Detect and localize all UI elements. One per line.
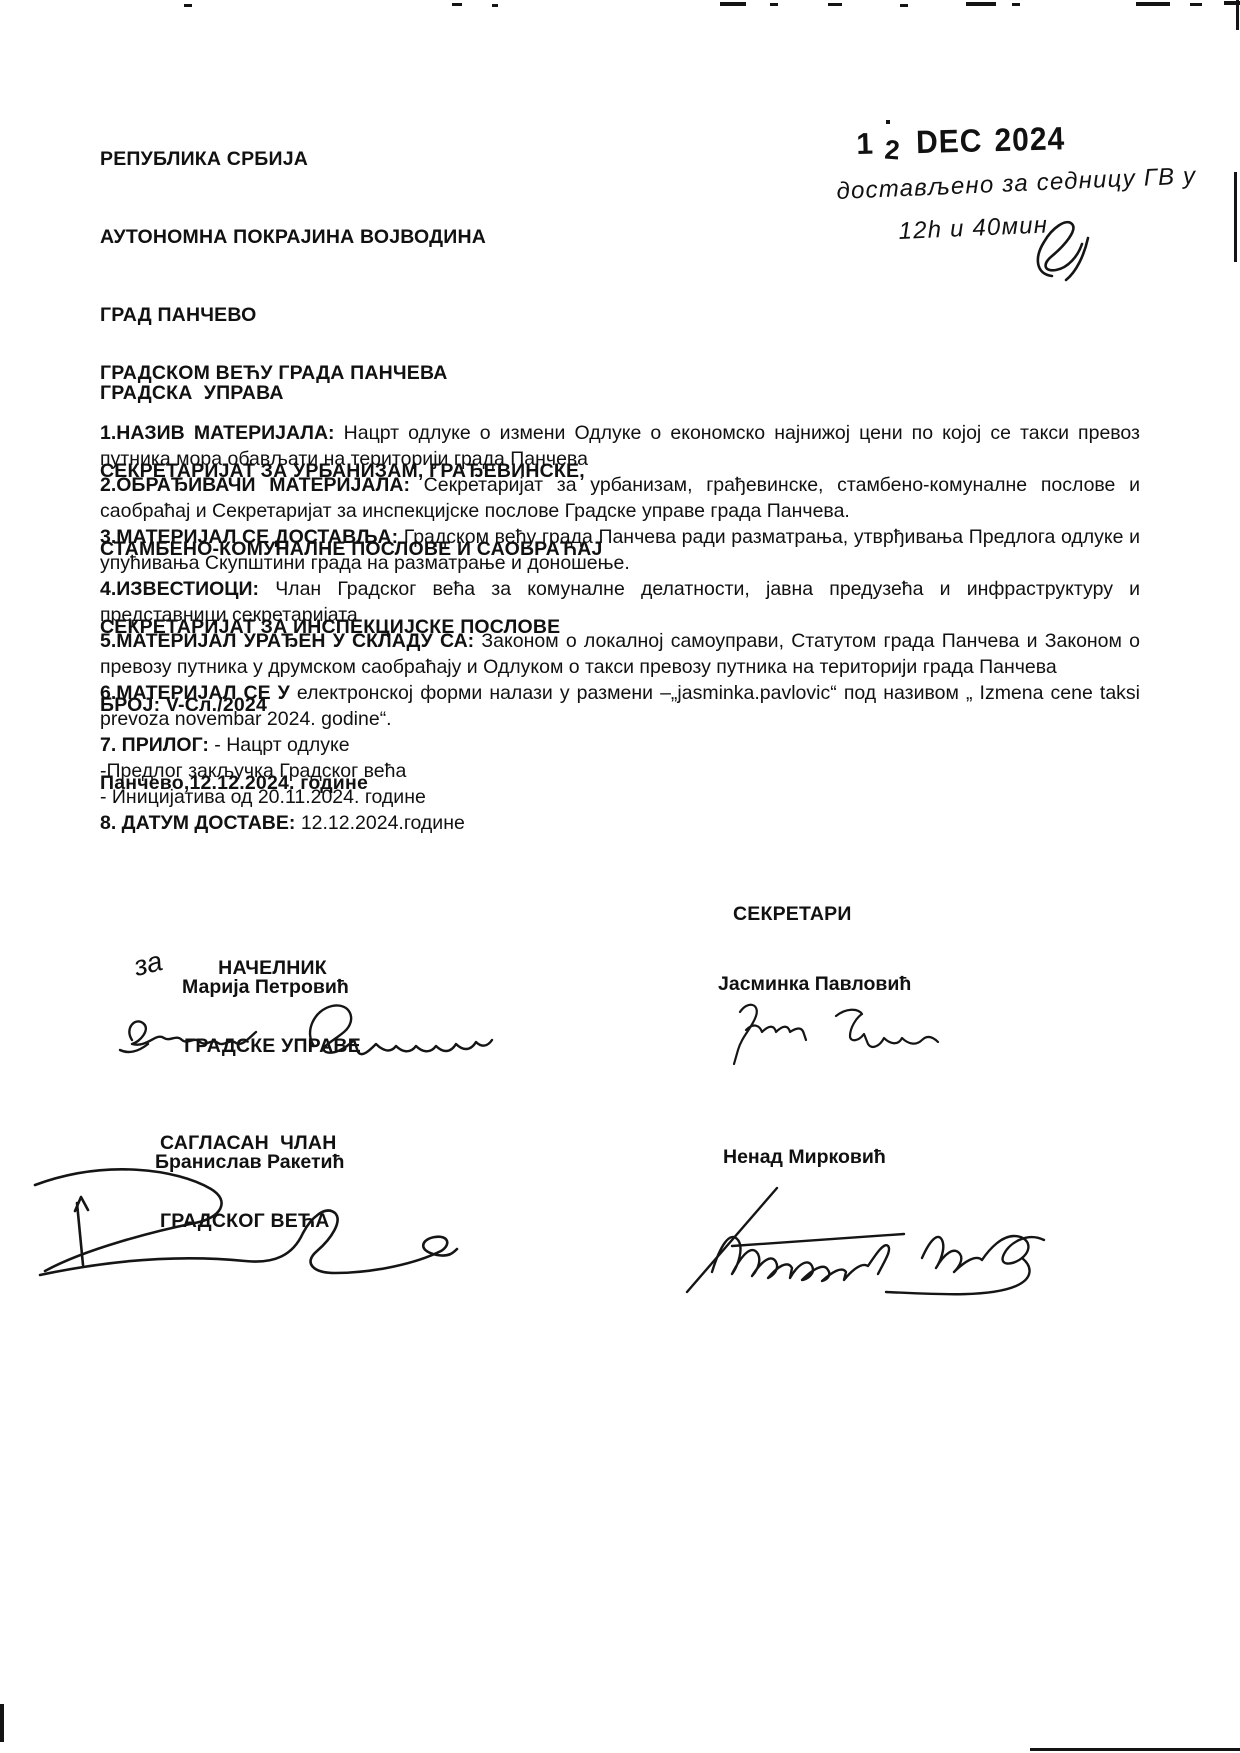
item-label: 3.МАТЕРИЈАЛ СЕ ДОСТАВЉА: bbox=[100, 526, 398, 548]
scan-artifact bbox=[720, 2, 746, 6]
stamp-month: DEC bbox=[916, 123, 983, 161]
scan-artifact bbox=[1236, 0, 1239, 30]
secretary-2-signature bbox=[672, 1162, 1057, 1300]
scan-artifact bbox=[1030, 1748, 1240, 1751]
item-7-prilog-line-2: -Предлог закључка Градског већа bbox=[100, 758, 1140, 784]
letterhead-line-city: ГРАД ПАНЧЕВО bbox=[100, 302, 603, 328]
document-body: 1.НАЗИВ МАТЕРИЈАЛА: Нацрт одлуке о измен… bbox=[100, 420, 1140, 836]
item-label: 6.МАТЕРИЈАЛ СЕ У bbox=[100, 682, 290, 704]
scan-artifact bbox=[900, 4, 908, 7]
scan-artifact bbox=[966, 2, 996, 6]
scan-artifact bbox=[1012, 3, 1020, 6]
item-label: 8. ДАТУМ ДОСТАВЕ: bbox=[100, 812, 295, 834]
letterhead-line-province: АУТОНОМНА ПОКРАЈИНА ВОЈВОДИНА bbox=[100, 224, 603, 250]
scan-artifact bbox=[1234, 172, 1237, 262]
scanned-document-page: РЕПУБЛИКА СРБИЈА АУТОНОМНА ПОКРАЈИНА ВОЈ… bbox=[0, 0, 1240, 1753]
item-8-datum-dostave: 8. ДАТУМ ДОСТАВЕ: 12.12.2024.године bbox=[100, 810, 1140, 836]
item-2-obradjivaci: 2.ОБРАЂИВАЧИ МАТЕРИЈАЛА: Секретаријат за… bbox=[100, 472, 1140, 524]
scan-artifact bbox=[886, 120, 890, 124]
date-received-stamp: 12DEC2024 bbox=[856, 123, 1066, 162]
item-text: -Предлог закључка Градског већа bbox=[100, 760, 406, 782]
item-3-materijal-se-dostavlja: 3.МАТЕРИЈАЛ СЕ ДОСТАВЉА: Градском већу г… bbox=[100, 524, 1140, 576]
item-label: 4.ИЗВЕСТИОЦИ: bbox=[100, 578, 259, 600]
item-6-elektronska-forma: 6.МАТЕРИЈАЛ СЕ У електронској форми нала… bbox=[100, 680, 1140, 732]
scan-artifact bbox=[1136, 2, 1170, 6]
item-text: 12.12.2024.године bbox=[301, 812, 465, 834]
addressee-line: ГРАДСКОМ ВЕЋУ ГРАДА ПАНЧЕВА bbox=[100, 362, 448, 385]
item-text: - Нацрт одлуке bbox=[214, 734, 349, 756]
item-text: - Иницијатива од 20.11.2024. године bbox=[100, 786, 426, 808]
chief-signature bbox=[118, 992, 498, 1070]
scan-artifact bbox=[452, 3, 462, 6]
stamp-year: 2024 bbox=[994, 121, 1066, 160]
secretary-1-name: Јасминка Павловић bbox=[718, 973, 911, 996]
secretary-1-signature bbox=[712, 996, 947, 1071]
item-4-izvestioci: 4.ИЗВЕСТИОЦИ: Члан Градског већа за кому… bbox=[100, 576, 1140, 628]
scan-artifact bbox=[828, 3, 842, 6]
item-label: 2.ОБРАЂИВАЧИ МАТЕРИЈАЛА: bbox=[100, 474, 410, 496]
item-5-uradjen-u-skladu-sa: 5.МАТЕРИЈАЛ УРАЂЕН У СКЛАДУ СА: Законом … bbox=[100, 628, 1140, 680]
stamp-day-digit: 2 bbox=[883, 134, 901, 166]
handwritten-note-line-1: достављено за седницу ГВ у bbox=[836, 162, 1197, 206]
item-label: 5.МАТЕРИЈАЛ УРАЂЕН У СКЛАДУ СА: bbox=[100, 630, 474, 652]
item-7-prilog: 7. ПРИЛОГ: - Нацрт одлуке bbox=[100, 732, 1140, 758]
stamp-day-digit: 1 bbox=[856, 128, 875, 162]
item-7-prilog-line-3: - Иницијатива од 20.11.2024. године bbox=[100, 784, 1140, 810]
scan-artifact bbox=[0, 1704, 4, 1742]
scan-artifact bbox=[184, 4, 192, 7]
scan-artifact bbox=[1190, 3, 1202, 6]
handwritten-initials-paraph bbox=[1022, 212, 1102, 292]
letterhead-line-republic: РЕПУБЛИКА СРБИЈА bbox=[100, 146, 603, 172]
item-label: 7. ПРИЛОГ: bbox=[100, 734, 209, 756]
council-member-signature bbox=[25, 1163, 460, 1293]
scan-artifact bbox=[770, 3, 778, 6]
scan-artifact bbox=[492, 4, 498, 7]
item-label: 1.НАЗИВ МАТЕРИЈАЛА: bbox=[100, 422, 335, 444]
item-1-naziv-materijala: 1.НАЗИВ МАТЕРИЈАЛА: Нацрт одлуке о измен… bbox=[100, 420, 1140, 472]
secretaries-title: СЕКРЕТАРИ bbox=[733, 901, 852, 927]
